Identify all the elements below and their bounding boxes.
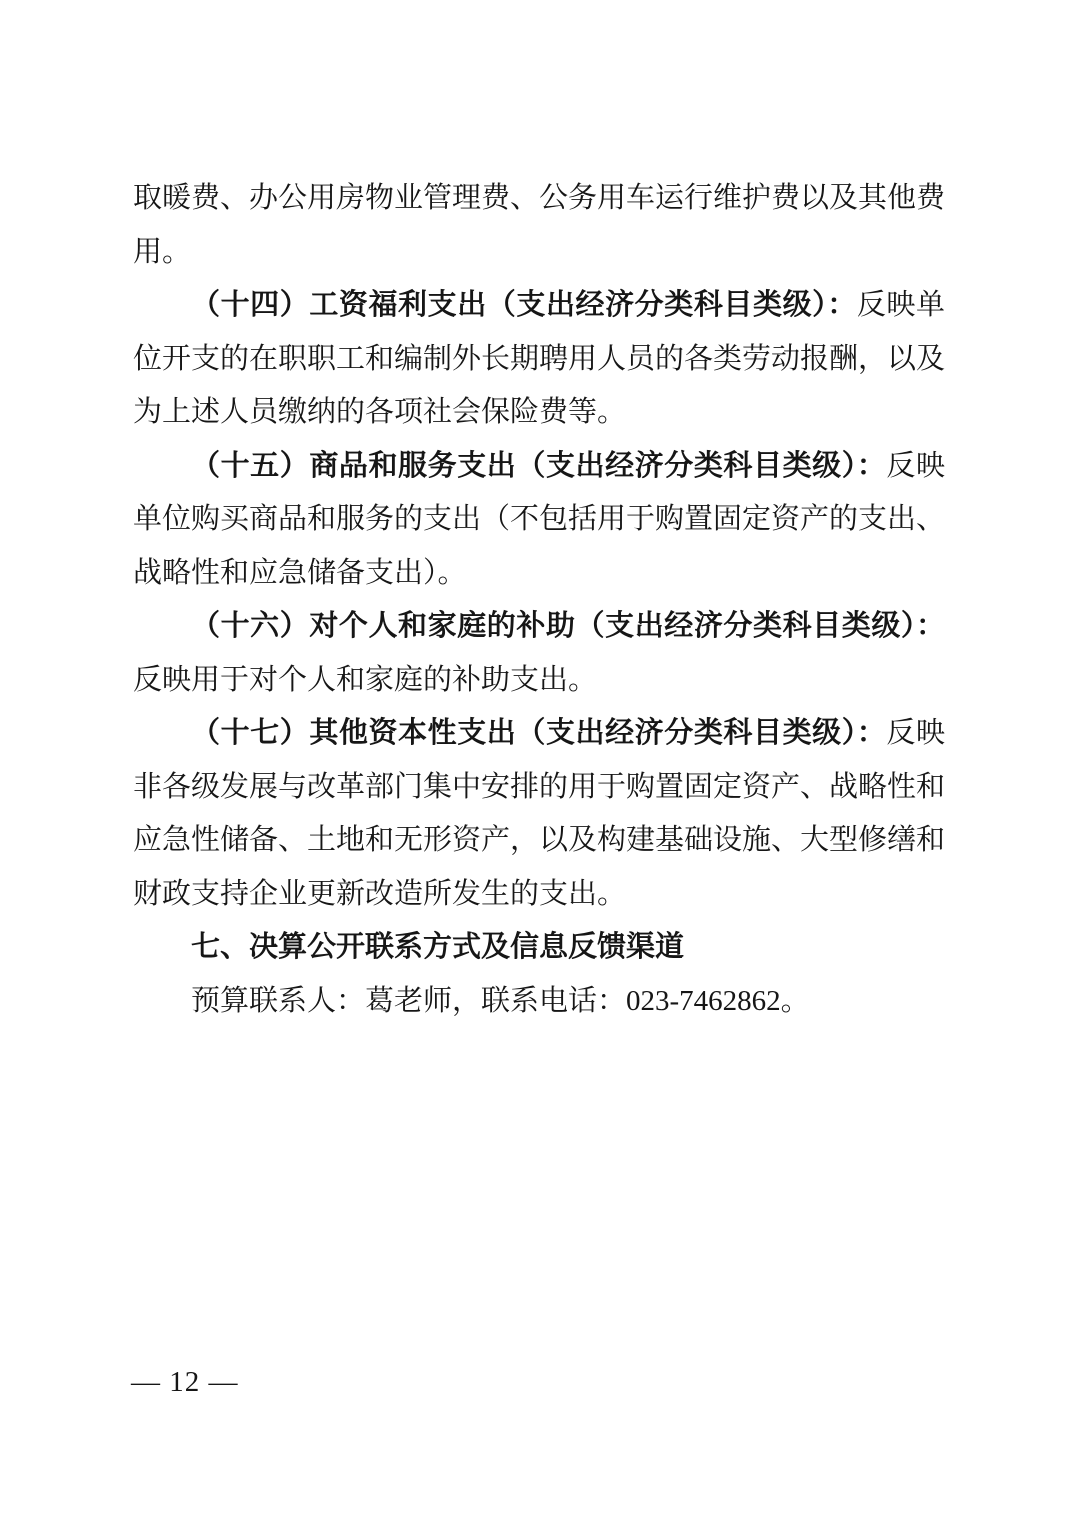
paragraph-lead: （十四）工资福利支出（支出经济分类科目类级）： bbox=[191, 289, 857, 321]
paragraph-text: 取暖费、办公用房物业管理费、公务用车运行维护费以及其他费用。 bbox=[133, 182, 945, 268]
document-page: 取暖费、办公用房物业管理费、公务用车运行维护费以及其他费用。 （十四）工资福利支… bbox=[0, 0, 1075, 1520]
paragraph-lead: （十六）对个人和家庭的补助（支出经济分类科目类级）： bbox=[191, 610, 945, 642]
contact-line: 预算联系人：葛老师，联系电话：023-7462862。 bbox=[133, 975, 945, 1029]
paragraph-text: 反映用于对个人和家庭的补助支出。 bbox=[133, 664, 597, 696]
paragraph-item-17: （十七）其他资本性支出（支出经济分类科目类级）：反映非各级发展与改革部门集中安排… bbox=[133, 707, 945, 921]
paragraph-lead: （十七）其他资本性支出（支出经济分类科目类级）： bbox=[191, 717, 886, 749]
paragraph-item-16: （十六）对个人和家庭的补助（支出经济分类科目类级）：反映用于对个人和家庭的补助支… bbox=[133, 600, 945, 707]
page-number: — 12 — bbox=[131, 1368, 239, 1397]
paragraph-continuation: 取暖费、办公用房物业管理费、公务用车运行维护费以及其他费用。 bbox=[133, 172, 945, 279]
paragraph-lead: （十五）商品和服务支出（支出经济分类科目类级）： bbox=[191, 450, 886, 482]
section-heading: 七、决算公开联系方式及信息反馈渠道 bbox=[133, 921, 945, 975]
document-body: 取暖费、办公用房物业管理费、公务用车运行维护费以及其他费用。 （十四）工资福利支… bbox=[133, 172, 945, 1028]
paragraph-item-14: （十四）工资福利支出（支出经济分类科目类级）：反映单位开支的在职职工和编制外长期… bbox=[133, 279, 945, 440]
paragraph-item-15: （十五）商品和服务支出（支出经济分类科目类级）：反映单位购买商品和服务的支出（不… bbox=[133, 440, 945, 601]
